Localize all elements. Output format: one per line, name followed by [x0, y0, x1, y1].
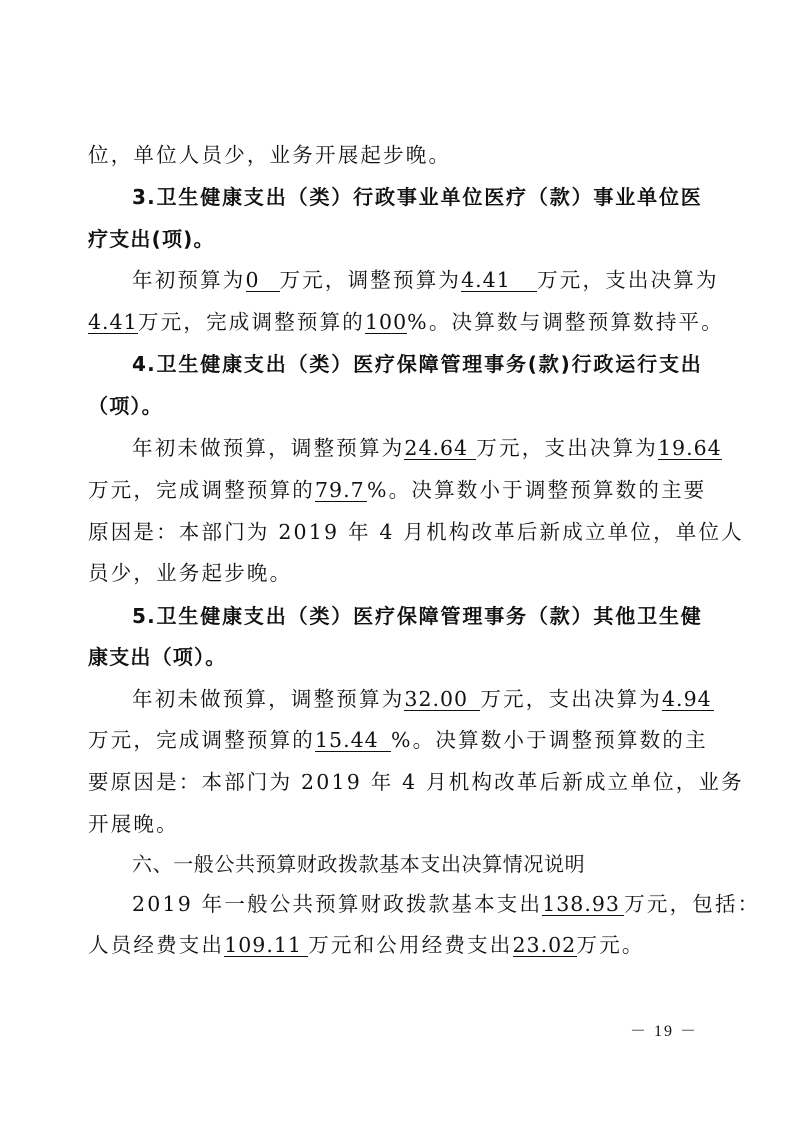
item-4-body-line-4: 员少，业务起步晚。 [88, 560, 702, 586]
adjusted-budget-value: 32.00 [404, 688, 480, 711]
item-3-body-line-1: 年初预算为0万元，调整预算为4.41万元，支出决算为 [88, 267, 702, 293]
item-3-title-line-1: 3.卫生健康支出（类）行政事业单位医疗（款）事业单位医 [88, 184, 702, 210]
adjusted-budget-value: 4.41 [461, 269, 537, 292]
item-4-body-line-2: 万元，完成调整预算的79.7%。决算数小于调整预算数的主要 [88, 477, 702, 503]
item-5-body-line-3: 要原因是：本部门为 2019 年 4 月机构改革后新成立单位，业务 [88, 769, 702, 795]
completion-rate-value: 15.44 [315, 729, 391, 752]
item-5-title-line-2: 康支出（项）。 [88, 644, 702, 670]
initial-budget-value: 0 [246, 269, 280, 292]
public-expense-value: 23.02 [513, 934, 577, 957]
paragraph-text: 位，单位人员少，业务开展起步晚。 [88, 143, 451, 167]
item-4-body-line-3: 原因是：本部门为 2019 年 4 月机构改革后新成立单位，单位人 [88, 519, 702, 545]
item-4-title-line-2: （项）。 [88, 393, 702, 419]
item-4-body-line-1: 年初未做预算，调整预算为24.64万元，支出决算为19.64 [88, 435, 702, 461]
section-6-body-line-2: 人员经费支出109.11万元和公用经费支出23.02万元。 [88, 932, 702, 958]
completion-rate-value: 79.7 [315, 479, 367, 502]
section-6-heading: 六、一般公共预算财政拨款基本支出决算情况说明 [88, 851, 702, 877]
final-account-value: 4.94 [662, 688, 714, 711]
personnel-expense-value: 109.11 [224, 934, 308, 957]
page-number: － 19 － [630, 1022, 698, 1042]
item-5-body-line-1: 年初未做预算，调整预算为32.00万元，支出决算为4.94 [88, 686, 702, 712]
item-3-body-line-2: 4.41万元，完成调整预算的100%。决算数与调整预算数持平。 [88, 309, 702, 335]
item-5-body-line-2: 万元，完成调整预算的15.44%。决算数小于调整预算数的主 [88, 727, 702, 753]
final-account-value: 19.64 [658, 437, 722, 460]
basic-expenditure-value: 138.93 [542, 893, 624, 916]
item-5-body-line-4: 开展晚。 [88, 811, 702, 837]
item-4-title-line-1: 4.卫生健康支出（类）医疗保障管理事务(款)行政运行支出 [88, 351, 702, 377]
item-5-title-line-1: 5.卫生健康支出（类）医疗保障管理事务（款）其他卫生健 [88, 603, 702, 629]
adjusted-budget-value: 24.64 [404, 437, 476, 460]
completion-rate-value: 100 [365, 311, 407, 334]
section-6-body-line-1: 2019 年一般公共预算财政拨款基本支出138.93万元，包括： [88, 891, 702, 917]
document-page: 位，单位人员少，业务开展起步晚。 3.卫生健康支出（类）行政事业单位医疗（款）事… [0, 0, 793, 1122]
item-3-title-line-2: 疗支出(项)。 [88, 226, 702, 252]
paragraph-continuation: 位，单位人员少，业务开展起步晚。 [88, 142, 702, 168]
final-account-value: 4.41 [88, 311, 138, 334]
